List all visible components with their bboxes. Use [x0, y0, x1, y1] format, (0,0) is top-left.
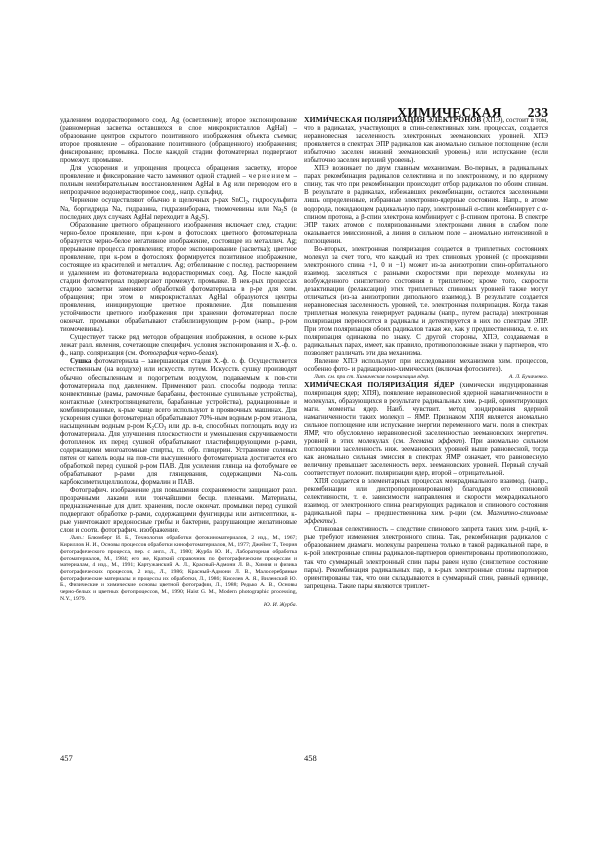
right-column: ХИМИ́ЧЕСКАЯ ПОЛЯРИЗА́ЦИЯ ЭЛЕКТРО́НОВ (ХП…	[304, 116, 548, 590]
section-term: Сушка	[70, 357, 92, 365]
article-entry: ХИМИ́ЧЕСКАЯ ПОЛЯРИЗА́ЦИЯ Я́ДЕР (химическ…	[304, 381, 548, 478]
cross-reference[interactable]: Зеемана эффект	[409, 437, 462, 445]
left-column: удалением водорастворимого соед. Ag (осв…	[60, 116, 297, 609]
article-title: ХИМИ́ЧЕСКАЯ ПОЛЯРИЗА́ЦИЯ ЭЛЕКТРО́НОВ	[304, 115, 481, 124]
paragraph: Фотографич. изображение для повышения со…	[60, 486, 297, 534]
paragraph: Чернение осуществляют обычно в щелочных …	[60, 196, 297, 220]
page-number-left: 457	[60, 753, 73, 763]
paragraph: Сушка фотоматериала – завершающая стадия…	[60, 357, 297, 486]
article-title: ХИМИ́ЧЕСКАЯ ПОЛЯРИЗА́ЦИЯ Я́ДЕР	[304, 380, 455, 389]
spaced-term: чернением	[248, 172, 291, 180]
paragraph: ХПЯ создается в элементарных процессах м…	[304, 477, 548, 525]
paragraph: Существует также ряд методов обращения и…	[60, 333, 297, 357]
paragraph: удалением водорастворимого соед. Ag (осв…	[60, 116, 297, 164]
author-signature: Ю. И. Журба.	[60, 602, 297, 609]
cross-reference[interactable]: Фотография черно-белая	[139, 349, 215, 357]
paragraph: ХПЭ возникает по двум главным механизмам…	[304, 164, 548, 244]
author-signature: А. Л. Бучаченко.	[509, 374, 548, 381]
literature-label: Лит.:	[70, 535, 84, 541]
article-entry: ХИМИ́ЧЕСКАЯ ПОЛЯРИЗА́ЦИЯ ЭЛЕКТРО́НОВ (ХП…	[304, 116, 548, 164]
page-number-right: 458	[304, 753, 317, 763]
literature-list: Лит.: Блюмберг И. Б., Технология обработ…	[60, 535, 297, 609]
paragraph: Образование цветного обращенного изображ…	[60, 221, 297, 334]
paragraph: Спиновая селективность – следствие спино…	[304, 525, 548, 589]
paragraph: Явление ХПЭ используют при исследовании …	[304, 357, 548, 373]
paragraph: Во-вторых, электронная поляризация созда…	[304, 245, 548, 358]
paragraph: Для ускорения и упрощения процесса обращ…	[60, 164, 297, 196]
